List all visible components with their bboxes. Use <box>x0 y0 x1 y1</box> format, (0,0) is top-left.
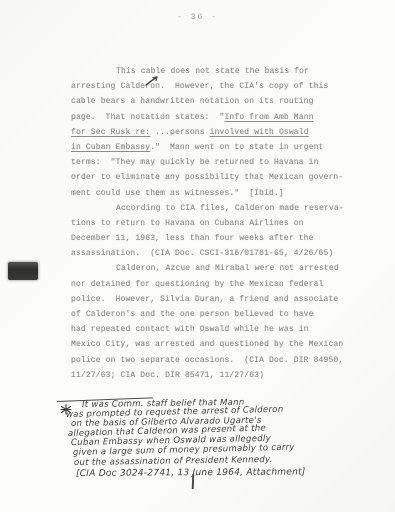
typed-text-segment: order to eliminate any possibility that … <box>71 173 343 182</box>
typed-text-segment: ." Mann went on to state in urgent <box>150 143 323 152</box>
typed-line: page. That notation states: "Info from A… <box>71 110 355 125</box>
typed-text-segment: ...persons <box>150 128 209 137</box>
typed-line: order to eliminate any possibility that … <box>71 170 355 185</box>
handwritten-line: [CIA Doc 3024-2741, 13 June 1964, Attach… <box>76 468 378 480</box>
typed-text-segment: According to CIA files, Calderon made re… <box>116 204 344 213</box>
typed-text-segment: cable bears a handwritten notation on it… <box>71 97 314 106</box>
typed-line: 11/27/63; CIA Doc. DIR 85471, 11/27/63) <box>71 368 355 383</box>
paragraph: Calderon, Azcue and Mirabal were not arr… <box>71 261 355 383</box>
typed-line: police. However, Silvia Duran, a friend … <box>71 292 355 307</box>
typed-text-segment: police. However, Silvia Duran, a friend … <box>71 295 338 304</box>
underlined-text: in Cuban Embassy <box>71 143 150 152</box>
typed-text-segment: of Calderon's and the one person believe… <box>71 310 314 319</box>
typed-line: This cable does not state the basis for <box>71 64 355 79</box>
typed-line: assassination. (CIA Doc. CSCI-316/01781-… <box>71 246 355 261</box>
paragraph: According to CIA files, Calderon made re… <box>71 201 355 262</box>
typed-text: This cable does not state the basis fora… <box>71 64 355 383</box>
typed-line: Mexico City, was arrested and questioned… <box>71 337 355 352</box>
underlined-text: involved with Oswald <box>210 128 309 137</box>
typed-line: December 11, 1963, less than four weeks … <box>71 231 355 246</box>
typed-line: tions to return to Havana on Cubana Airl… <box>71 216 355 231</box>
typed-text-segment: December 11, 1963, less than four weeks … <box>71 234 314 243</box>
typed-line: arresting Calderon. However, the CIA's c… <box>71 79 355 94</box>
typed-line: police on two separate occasions. (CIA D… <box>71 353 355 368</box>
typed-text-segment: had repeated contact with Oswald while h… <box>71 325 309 334</box>
typed-text-segment: nor detained for questioning by the Mexi… <box>71 280 324 289</box>
typed-text-segment: assassination. (CIA Doc. CSCI-316/01781-… <box>71 249 333 258</box>
margin-arrow-icon <box>145 74 160 92</box>
underlined-text: for Sec Rusk re: <box>71 128 150 137</box>
underlined-text: Info from Amb Mann <box>224 113 313 122</box>
typed-text-segment: 11/27/63; CIA Doc. DIR 85471, 11/27/63) <box>71 371 264 380</box>
typed-text-segment: ment could use them as witnesses." [Ibid… <box>71 189 284 198</box>
typed-line: for Sec Rusk re: ...persons involved wit… <box>71 125 355 140</box>
bottom-center-mark <box>192 474 194 489</box>
paragraph: This cable does not state the basis fora… <box>71 64 355 201</box>
typed-text-segment: arresting Calderon. However, the CIA's c… <box>71 82 328 91</box>
typed-line: nor detained for questioning by the Mexi… <box>71 277 355 292</box>
page-number: - 36 - <box>0 13 395 22</box>
typed-line: had repeated contact with Oswald while h… <box>71 322 355 337</box>
typed-line: ment could use them as witnesses." [Ibid… <box>71 186 355 201</box>
typed-line: cable bears a handwritten notation on it… <box>71 94 355 109</box>
typed-text-segment: page. That notation states: " <box>71 113 224 122</box>
typed-line: According to CIA files, Calderon made re… <box>71 201 355 216</box>
typed-text-segment: tions to return to Havana on Cubana Airl… <box>71 219 304 228</box>
typed-text-segment: Calderon, Azcue and Mirabal were not arr… <box>116 264 339 273</box>
typed-line: of Calderon's and the one person believe… <box>71 307 355 322</box>
typed-text-segment: police on two separate occasions. (CIA D… <box>71 356 343 365</box>
typed-line: terms: "They may quickly be returned to … <box>71 155 355 170</box>
typed-line: Calderon, Azcue and Mirabal were not arr… <box>71 261 355 276</box>
typed-line: in Cuban Embassy." Mann went on to state… <box>71 140 355 155</box>
scanned-document-page: - 36 - This cable does not state the bas… <box>0 0 395 512</box>
handwritten-annotation: It was Comm. staff belief that Mannwas p… <box>60 401 378 480</box>
typed-text-segment: terms: "They may quickly be returned to … <box>71 158 319 167</box>
typed-text-segment: Mexico City, was arrested and questioned… <box>71 340 343 349</box>
scan-artifact-blob <box>8 262 38 280</box>
